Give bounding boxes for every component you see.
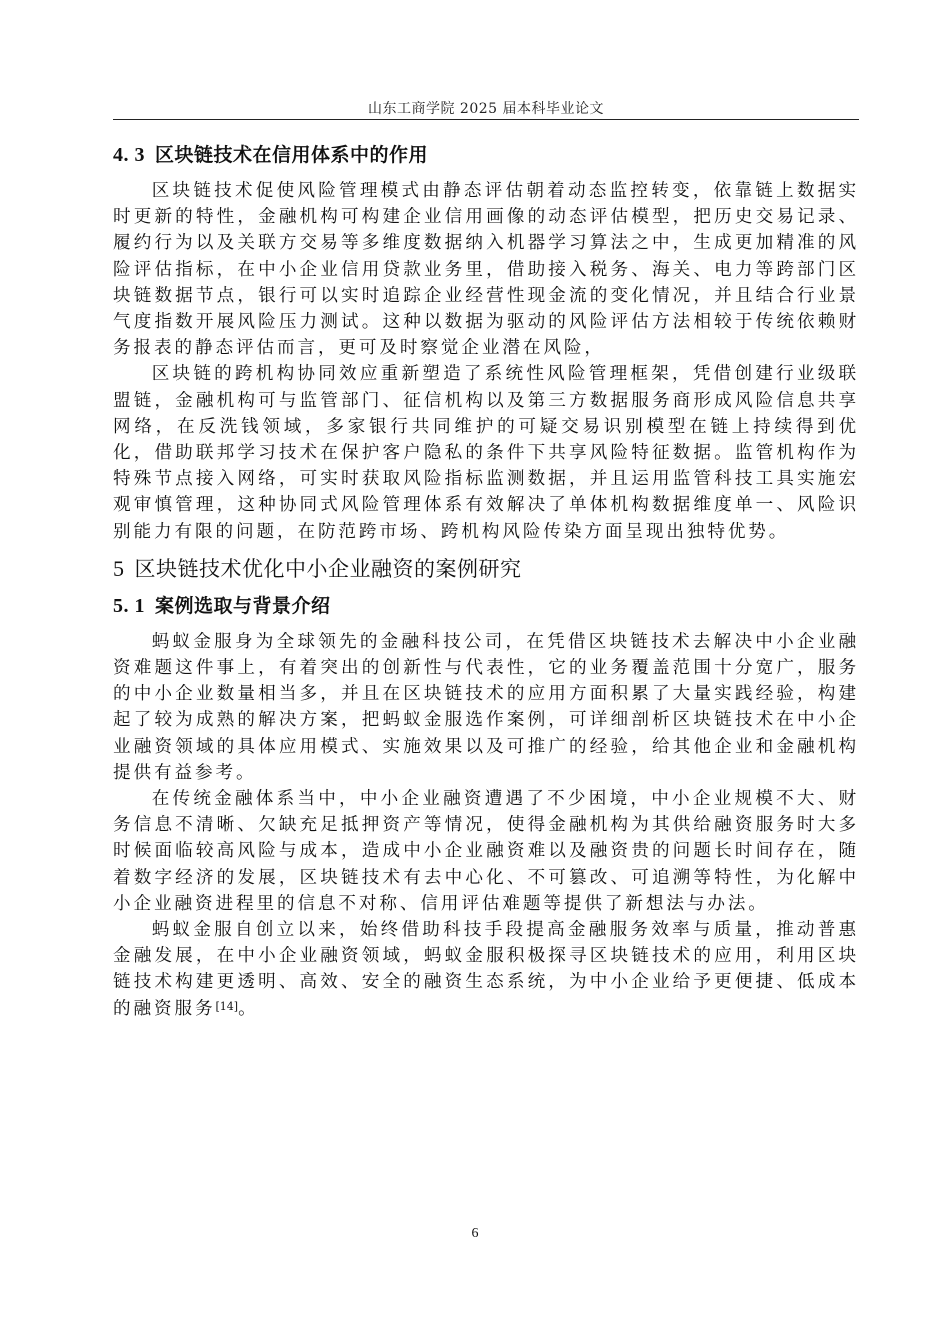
section-number: 5. 1 xyxy=(113,595,145,617)
chapter-number: 5 xyxy=(113,556,125,581)
section-title: 区块链技术在信用体系中的作用 xyxy=(155,144,428,166)
section-title: 案例选取与背景介绍 xyxy=(155,595,331,617)
chapter-heading-5: 5区块链技术优化中小企业融资的案例研究 xyxy=(113,549,859,589)
paragraph: 在传统金融体系当中，中小企业融资遭遇了不少困境，中小企业规模不大、财务信息不清晰… xyxy=(113,786,859,917)
section-heading-5-1: 5. 1案例选取与背景介绍 xyxy=(113,589,859,623)
section-heading-4-3: 4. 3区块链技术在信用体系中的作用 xyxy=(113,138,859,172)
paragraph-end: 。 xyxy=(238,999,259,1019)
section-number: 4. 3 xyxy=(113,144,145,166)
running-header: 山东工商学院 2025 届本科毕业论文 xyxy=(113,98,859,118)
chapter-title: 区块链技术优化中小企业融资的案例研究 xyxy=(135,557,522,581)
citation-link[interactable]: [14] xyxy=(215,1000,238,1013)
page-body: 4. 3区块链技术在信用体系中的作用 区块链技术促使风险管理模式由静态评估朝着动… xyxy=(113,138,859,1022)
header-rule xyxy=(113,119,859,120)
paragraph: 区块链的跨机构协同效应重新塑造了系统性风险管理框架，凭借创建行业级联盟链，金融机… xyxy=(113,361,859,544)
page-number: 6 xyxy=(0,1226,950,1242)
paragraph: 区块链技术促使风险管理模式由静态评估朝着动态监控转变，依靠链上数据实时更新的特性… xyxy=(113,178,859,361)
paragraph: 蚂蚁金服身为全球领先的金融科技公司，在凭借区块链技术去解决中小企业融资难题这件事… xyxy=(113,629,859,786)
paragraph-with-citation: 蚂蚁金服自创立以来，始终借助科技手段提高金融服务效率与质量，推动普惠金融发展，在… xyxy=(113,917,859,1022)
